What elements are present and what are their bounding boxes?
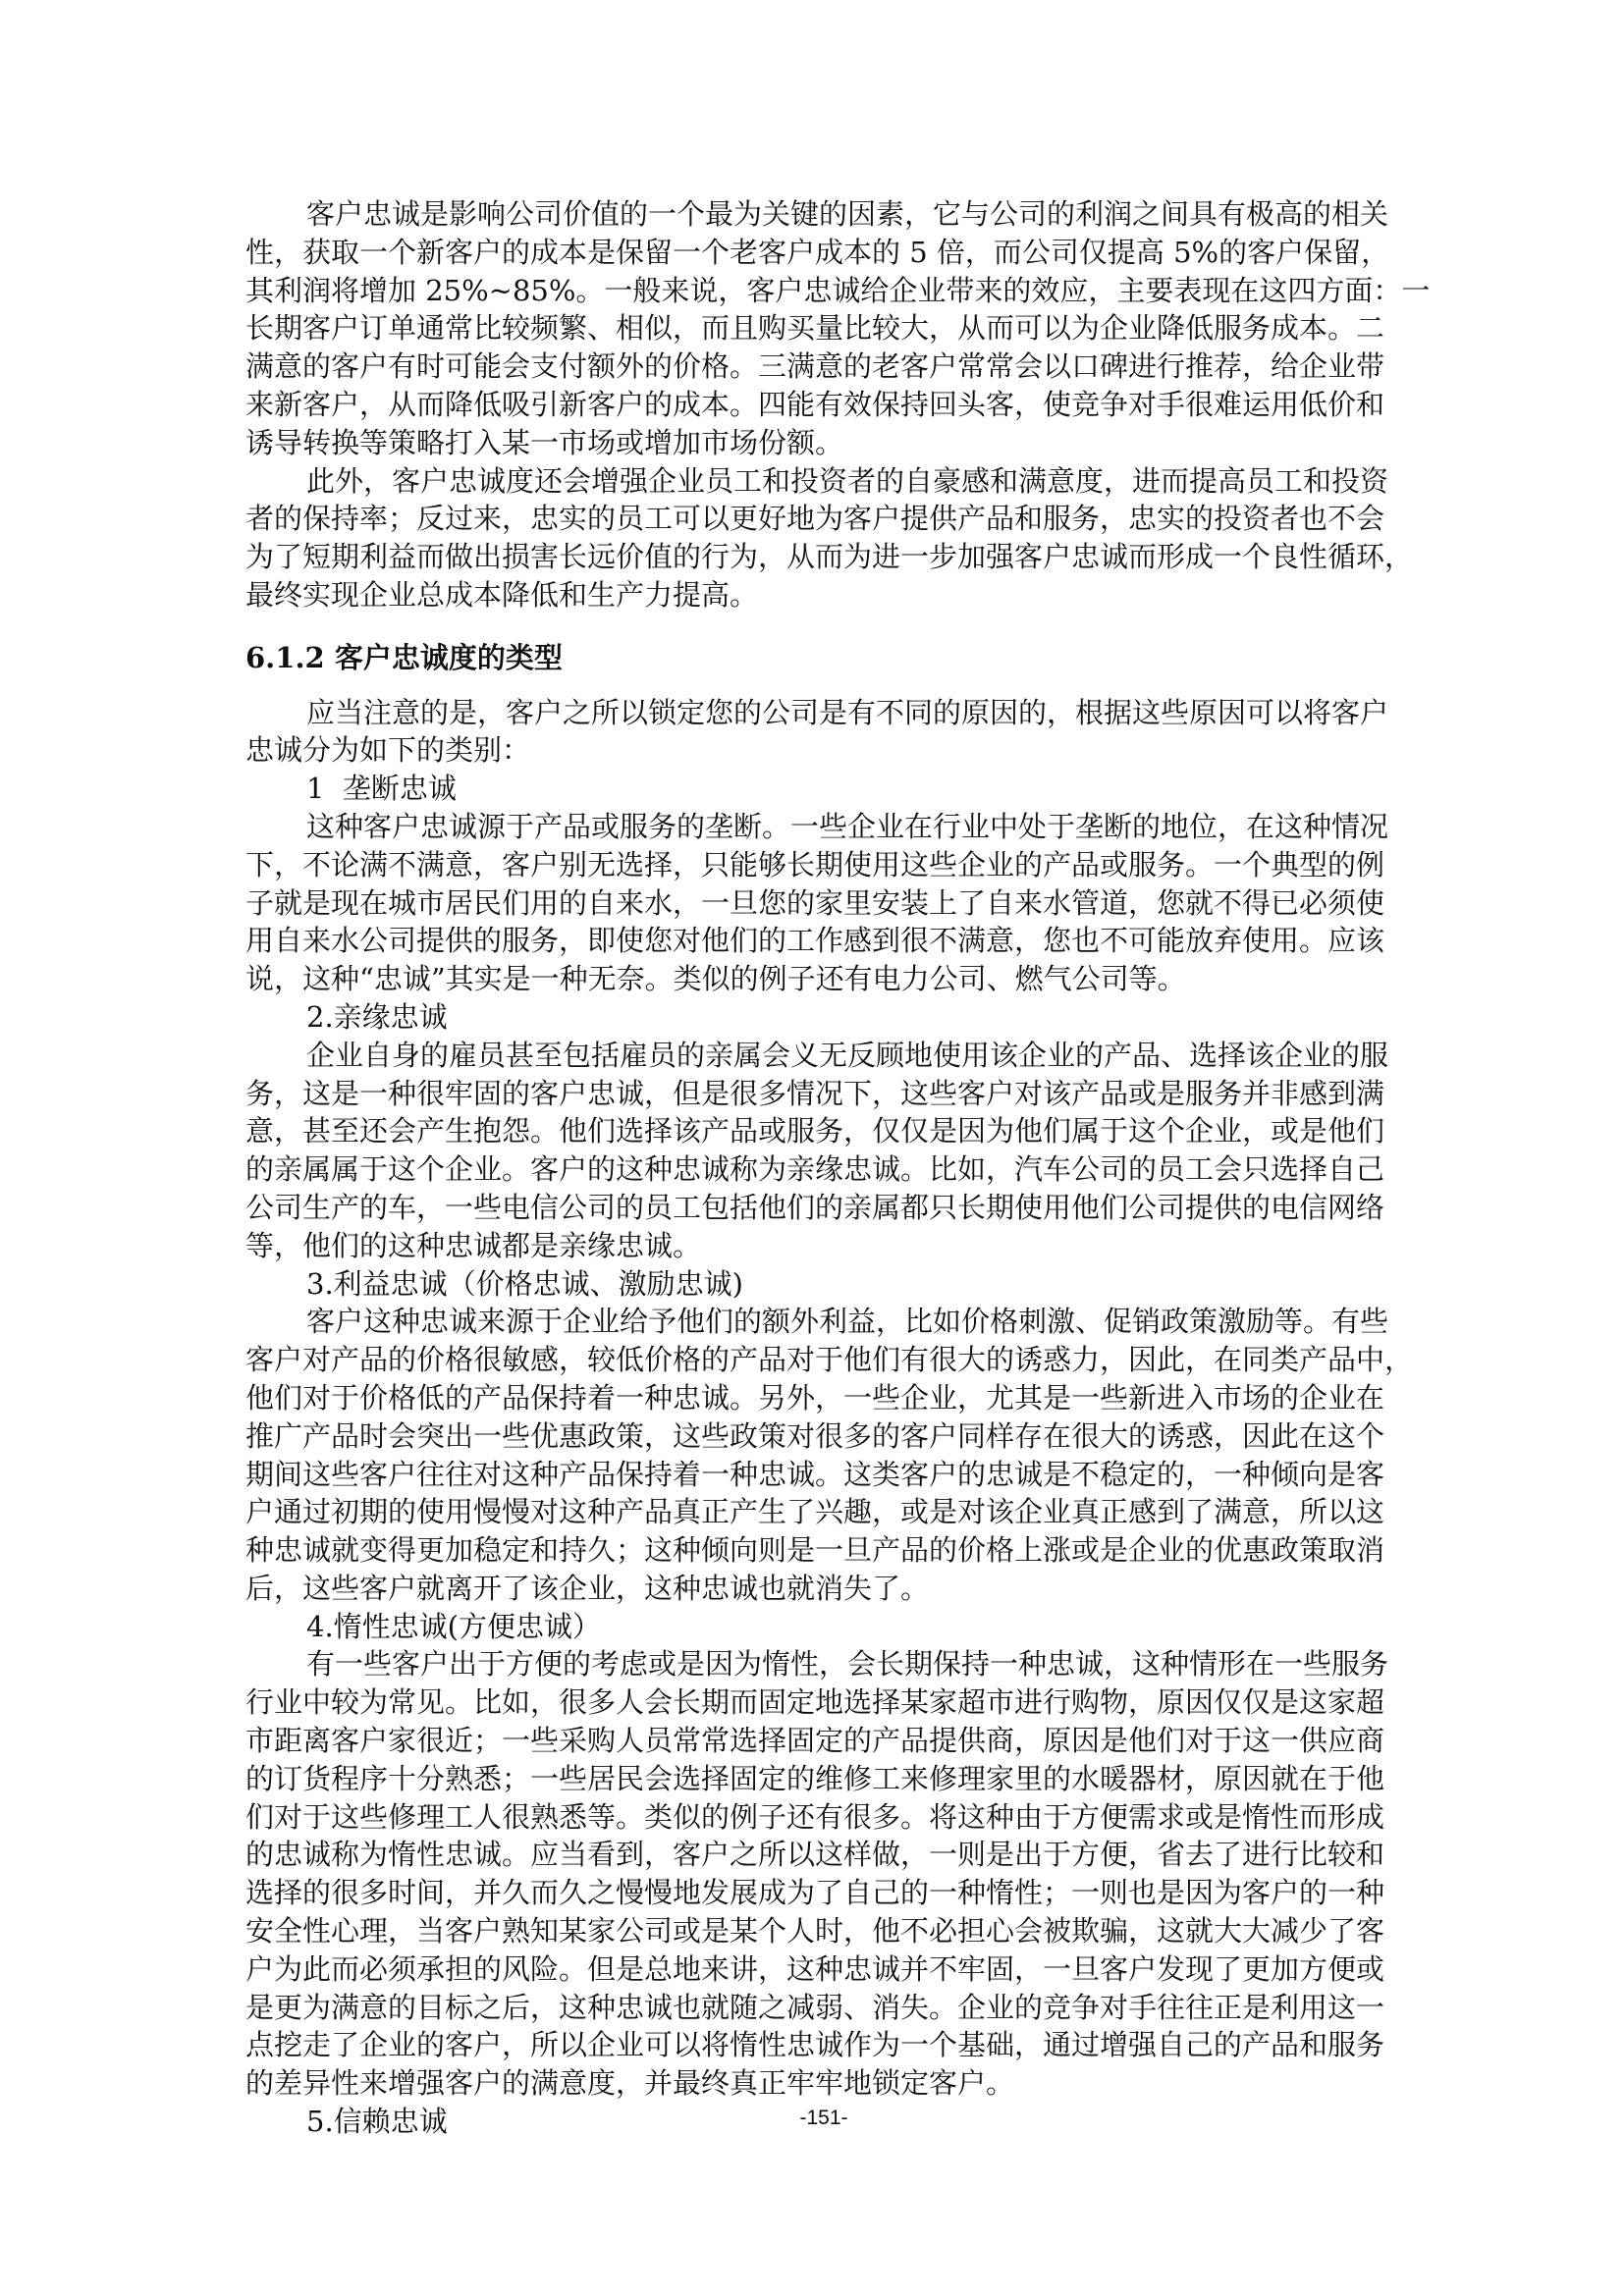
text-line: 其利润将增加 25%~85%。一般来说，客户忠诚给企业带来的效应，主要表现在这四… xyxy=(245,272,1380,310)
text-line: 长期客户订单通常比较频繁、相似，而且购买量比较大，从而可以为企业降低服务成本。二 xyxy=(245,309,1380,347)
subheading-kinship-loyalty: 2.亲缘忠诚 xyxy=(245,998,1380,1037)
text-line: 这种客户忠诚源于产品或服务的垄断。一些企业在行业中处于垄断的地位，在这种情况 xyxy=(245,808,1380,846)
text-line: 公司生产的车，一些电信公司的员工包括他们的亲属都只长期使用他们公司提供的电信网络 xyxy=(245,1189,1380,1227)
text-line: 诱导转换等策略打入某一市场或增加市场份额。 xyxy=(245,424,1380,462)
text-line: 最终实现企业总成本降低和生产力提高。 xyxy=(245,576,1380,614)
text-line: 为了短期利益而做出损害长远价值的行为，从而为进一步加强客户忠诚而形成一个良性循环… xyxy=(245,538,1380,576)
paragraph-intro-types: 应当注意的是，客户之所以锁定您的公司是有不同的原因的，根据这些原因可以将客户 忠… xyxy=(245,694,1380,771)
paragraph-loyalty-value: 客户忠诚是影响公司价值的一个最为关键的因素，它与公司的利润之间具有极高的相关 性… xyxy=(245,195,1380,462)
paragraph-interest-loyalty: 客户这种忠诚来源于企业给予他们的额外利益，比如价格刺激、促销政策激励等。有些 客… xyxy=(245,1303,1380,1607)
subheading-interest-loyalty: 3.利益忠诚（价格忠诚、激励忠诚) xyxy=(245,1265,1380,1304)
paragraph-inertia-loyalty: 有一些客户出于方便的考虑或是因为惰性，会长期保持一种忠诚，这种情形在一些服务 行… xyxy=(245,1645,1380,2103)
text-line: 务，这是一种很牢固的客户忠诚，但是很多情况下，这些客户对该产品或是服务并非感到满 xyxy=(245,1075,1380,1113)
text-line: 有一些客户出于方便的考虑或是因为惰性，会长期保持一种忠诚，这种情形在一些服务 xyxy=(245,1645,1380,1683)
subheading-monopoly-loyalty: 1 垄断忠诚 xyxy=(245,770,1380,808)
text-line: 行业中较为常见。比如，很多人会长期而固定地选择某家超市进行购物，原因仅仅是这家超 xyxy=(245,1683,1380,1722)
text-line: 忠诚分为如下的类别： xyxy=(245,731,1380,770)
text-line: 选择的很多时间，并久而久之慢慢地发展成为了自己的一种惰性；一则也是因为客户的一种 xyxy=(245,1874,1380,1912)
text-line: 子就是现在城市居民们用的自来水，一旦您的家里安装上了自来水管道，您就不得已必须使 xyxy=(245,884,1380,923)
text-line: 等，他们的这种忠诚都是亲缘忠诚。 xyxy=(245,1227,1380,1265)
text-line: 后，这些客户就离开了该企业，这种忠诚也就消失了。 xyxy=(245,1570,1380,1608)
text-line: 者的保持率；反过来，忠实的员工可以更好地为客户提供产品和服务，忠实的投资者也不会 xyxy=(245,500,1380,538)
text-line: 安全性心理，当客户熟知某家公司或是某个人时，他不必担心会被欺骗，这就大大减少了客 xyxy=(245,1912,1380,1950)
text-line: 说，这种“忠诚”其实是一种无奈。类似的例子还有电力公司、燃气公司等。 xyxy=(245,960,1380,998)
text-line: 的亲属属于这个企业。客户的这种忠诚称为亲缘忠诚。比如，汽车公司的员工会只选择自己 xyxy=(245,1150,1380,1189)
text-line: 是更为满意的目标之后，这种忠诚也就随之减弱、消失。企业的竞争对手往往正是利用这一 xyxy=(245,1989,1380,2027)
text-line: 企业自身的雇员甚至包括雇员的亲属会义无反顾地使用该企业的产品、选择该企业的服 xyxy=(245,1037,1380,1075)
paragraph-kinship-loyalty: 企业自身的雇员甚至包括雇员的亲属会义无反顾地使用该企业的产品、选择该企业的服 务… xyxy=(245,1037,1380,1265)
text-line: 户为此而必须承担的风险。但是总地来讲，这种忠诚并不牢固，一旦客户发现了更加方便或 xyxy=(245,1950,1380,1989)
text-line: 客户忠诚是影响公司价值的一个最为关键的因素，它与公司的利润之间具有极高的相关 xyxy=(245,195,1380,234)
text-line: 满意的客户有时可能会支付额外的价格。三满意的老客户常常会以口碑进行推荐，给企业带 xyxy=(245,347,1380,386)
text-line: 他们对于价格低的产品保持着一种忠诚。另外，一些企业，尤其是一些新进入市场的企业在 xyxy=(245,1379,1380,1417)
document-page: 客户忠诚是影响公司价值的一个最为关键的因素，它与公司的利润之间具有极高的相关 性… xyxy=(245,195,1380,2141)
paragraph-monopoly-loyalty: 这种客户忠诚源于产品或服务的垄断。一些企业在行业中处于垄断的地位，在这种情况 下… xyxy=(245,808,1380,998)
text-line: 种忠诚就变得更加稳定和持久；这种倾向则是一旦产品的价格上涨或是企业的优惠政策取消 xyxy=(245,1531,1380,1570)
text-line: 用自来水公司提供的服务，即使您对他们的工作感到很不满意，您也不可能放弃使用。应该 xyxy=(245,922,1380,960)
text-line: 客户对产品的价格很敏感，较低价格的产品对于他们有很大的诱惑力，因此，在同类产品中… xyxy=(245,1341,1380,1379)
text-line: 下，不论满不满意，客户别无选择，只能够长期使用这些企业的产品或服务。一个典型的例 xyxy=(245,846,1380,884)
paragraph-employee-investor: 此外，客户忠诚度还会增强企业员工和投资者的自豪感和满意度，进而提高员工和投资 者… xyxy=(245,462,1380,614)
text-line: 户通过初期的使用慢慢对这种产品真正产生了兴趣，或是对该企业真正感到了满意，所以这 xyxy=(245,1493,1380,1531)
text-line: 的差异性来增强客户的满意度，并最终真正牢牢地锁定客户。 xyxy=(245,2064,1380,2103)
text-line: 客户这种忠诚来源于企业给予他们的额外利益，比如价格刺激、促销政策激励等。有些 xyxy=(245,1303,1380,1341)
text-line: 的忠诚称为惰性忠诚。应当看到，客户之所以这样做，一则是出于方便，省去了进行比较和 xyxy=(245,1836,1380,1874)
text-line: 们对于这些修理工人很熟悉等。类似的例子还有很多。将这种由于方便需求或是惰性而形成 xyxy=(245,1798,1380,1837)
text-line: 来新客户，从而降低吸引新客户的成本。四能有效保持回头客，使竞争对手很难运用低价和 xyxy=(245,386,1380,424)
subheading-inertia-loyalty: 4.惰性忠诚(方便忠诚） xyxy=(245,1608,1380,1646)
text-line: 此外，客户忠诚度还会增强企业员工和投资者的自豪感和满意度，进而提高员工和投资 xyxy=(245,462,1380,501)
text-line: 性，获取一个新客户的成本是保留一个老客户成本的 5 倍，而公司仅提高 5%的客户… xyxy=(245,234,1380,272)
page-number: -151- xyxy=(0,2107,1624,2130)
text-line: 的订货程序十分熟悉；一些居民会选择固定的维修工来修理家里的水暖器材，原因就在于他 xyxy=(245,1760,1380,1798)
text-line: 点挖走了企业的客户，所以企业可以将惰性忠诚作为一个基础，通过增强自己的产品和服务 xyxy=(245,2026,1380,2064)
text-line: 推广产品时会突出一些优惠政策，这些政策对很多的客户同样存在很大的诱惑，因此在这个 xyxy=(245,1417,1380,1456)
text-line: 应当注意的是，客户之所以锁定您的公司是有不同的原因的，根据这些原因可以将客户 xyxy=(245,694,1380,732)
section-heading: 6.1.2 客户忠诚度的类型 xyxy=(245,639,1380,677)
text-line: 期间这些客户往往对这种产品保持着一种忠诚。这类客户的忠诚是不稳定的，一种倾向是客 xyxy=(245,1456,1380,1494)
text-line: 市距离客户家很近；一些采购人员常常选择固定的产品提供商，原因是他们对于这一供应商 xyxy=(245,1722,1380,1760)
text-line: 意，甚至还会产生抱怨。他们选择该产品或服务，仅仅是因为他们属于这个企业，或是他们 xyxy=(245,1112,1380,1150)
